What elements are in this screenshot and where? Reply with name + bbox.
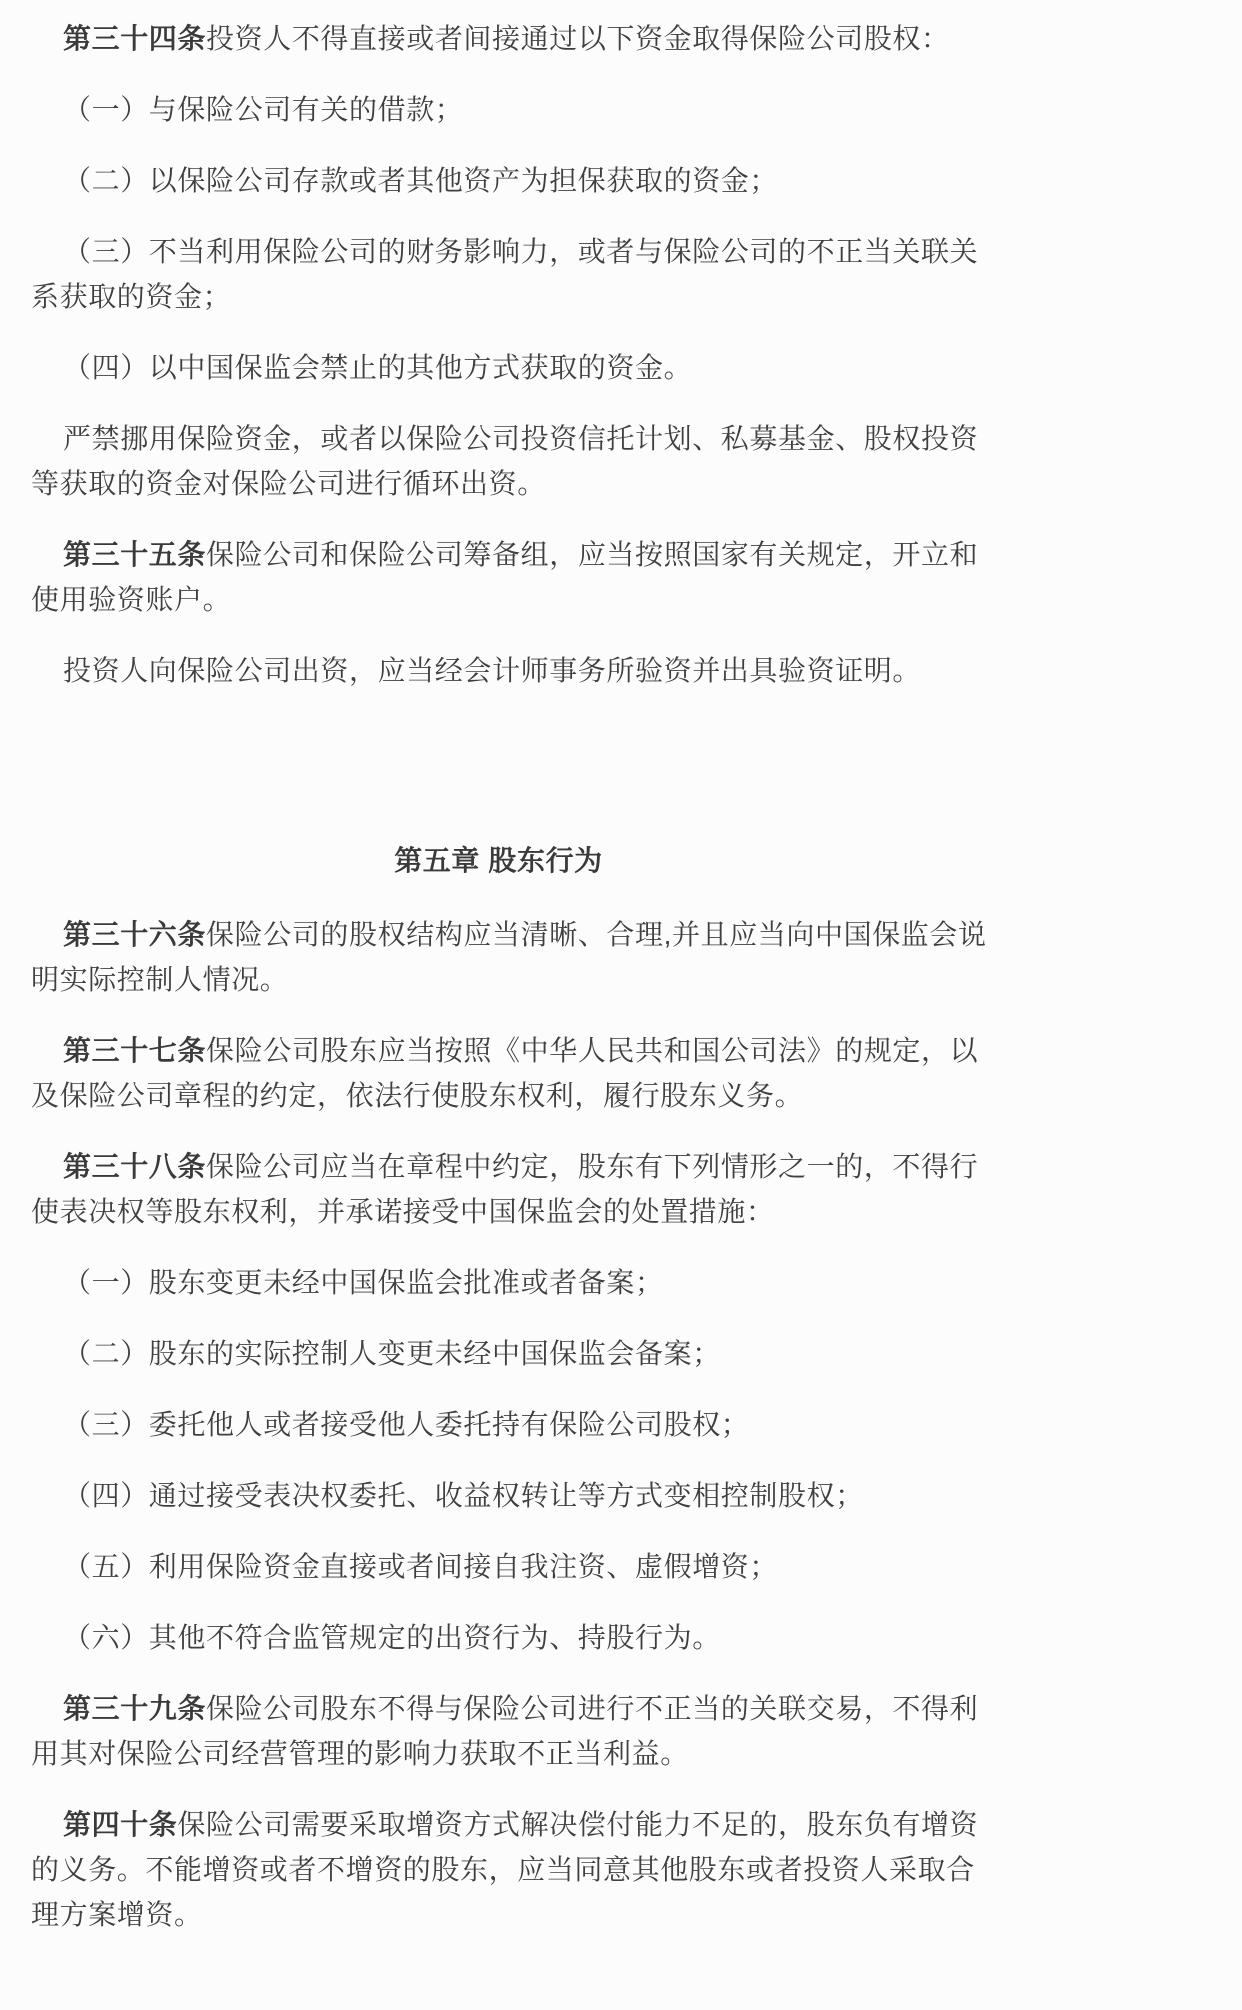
paragraph: 第四十条保险公司需要采取增资方式解决偿付能力不足的，股东负有增资的义务。不能增资… xyxy=(31,1802,1000,1937)
paragraph: （二）股东的实际控制人变更未经中国保监会备案； xyxy=(31,1331,1000,1376)
text-line: （四）通过接受表决权委托、收益权转让等方式变相控制股权； xyxy=(31,1473,1000,1518)
text-line: （二）以保险公司存款或者其他资产为担保获取的资金； xyxy=(31,158,1000,203)
article-number-bold: 第三十五条 xyxy=(63,539,206,570)
text-line: 使用验资账户。 xyxy=(31,577,1000,622)
article-number-bold: 第三十九条 xyxy=(63,1693,206,1724)
paragraph: 第三十六条保险公司的股权结构应当清晰、合理,并且应当向中国保监会说明实际控制人情… xyxy=(31,912,1000,1002)
paragraph: （六）其他不符合监管规定的出资行为、持股行为。 xyxy=(31,1615,1000,1660)
document-page: 第三十四条投资人不得直接或者间接通过以下资金取得保险公司股权：（一）与保险公司有… xyxy=(0,16,1000,2003)
text-line: 及保险公司章程的约定，依法行使股东权利，履行股东义务。 xyxy=(31,1073,1000,1118)
article-number-bold: 第四十条 xyxy=(63,1809,177,1840)
paragraph: 第三十八条保险公司应当在章程中约定，股东有下列情形之一的，不得行使表决权等股东权… xyxy=(31,1144,1000,1234)
text-line: 等获取的资金对保险公司进行循环出资。 xyxy=(31,461,1000,506)
text-line: （一）与保险公司有关的借款； xyxy=(31,87,1000,132)
paragraph: 第三十四条投资人不得直接或者间接通过以下资金取得保险公司股权： xyxy=(31,16,1000,61)
text-line: 第三十六条保险公司的股权结构应当清晰、合理,并且应当向中国保监会说 xyxy=(31,912,1000,957)
paragraph: （一）股东变更未经中国保监会批准或者备案； xyxy=(31,1260,1000,1305)
paragraph: （二）以保险公司存款或者其他资产为担保获取的资金； xyxy=(31,158,1000,203)
text-line: （三）委托他人或者接受他人委托持有保险公司股权； xyxy=(31,1402,1000,1447)
article-number-bold: 第三十六条 xyxy=(63,919,206,950)
paragraph: （五）利用保险资金直接或者间接自我注资、虚假增资； xyxy=(31,1544,1000,1589)
paragraph: 第三十九条保险公司股东不得与保险公司进行不正当的关联交易，不得利用其对保险公司经… xyxy=(31,1686,1000,1776)
text-line: 第三十九条保险公司股东不得与保险公司进行不正当的关联交易，不得利 xyxy=(31,1686,1000,1731)
paragraph: （三）不当利用保险公司的财务影响力，或者与保险公司的不正当关联关系获取的资金； xyxy=(31,229,1000,319)
paragraph: 严禁挪用保险资金，或者以保险公司投资信托计划、私募基金、股权投资等获取的资金对保… xyxy=(31,416,1000,506)
text-line: （五）利用保险资金直接或者间接自我注资、虚假增资； xyxy=(31,1544,1000,1589)
text-line: 理方案增资。 xyxy=(31,1892,1000,1937)
text-line: 的义务。不能增资或者不增资的股东，应当同意其他股东或者投资人采取合 xyxy=(31,1847,1000,1892)
text-line: 投资人向保险公司出资，应当经会计师事务所验资并出具验资证明。 xyxy=(31,648,1000,693)
text-line: 用其对保险公司经营管理的影响力获取不正当利益。 xyxy=(31,1731,1000,1776)
text-line: （六）其他不符合监管规定的出资行为、持股行为。 xyxy=(31,1615,1000,1660)
text-line: （三）不当利用保险公司的财务影响力，或者与保险公司的不正当关联关 xyxy=(31,229,1000,274)
text-line: （一）股东变更未经中国保监会批准或者备案； xyxy=(31,1260,1000,1305)
text-line: 严禁挪用保险资金，或者以保险公司投资信托计划、私募基金、股权投资 xyxy=(31,416,1000,461)
text-line: 使表决权等股东权利，并承诺接受中国保监会的处置措施： xyxy=(31,1189,1000,1234)
text-line: 第三十七条保险公司股东应当按照《中华人民共和国公司法》的规定，以 xyxy=(31,1028,1000,1073)
text-line: （二）股东的实际控制人变更未经中国保监会备案； xyxy=(31,1331,1000,1376)
paragraph: 第三十七条保险公司股东应当按照《中华人民共和国公司法》的规定，以及保险公司章程的… xyxy=(31,1028,1000,1118)
article-number-bold: 第三十八条 xyxy=(63,1151,206,1182)
paragraph: （三）委托他人或者接受他人委托持有保险公司股权； xyxy=(31,1402,1000,1447)
text-line: 第三十五条保险公司和保险公司筹备组，应当按照国家有关规定，开立和 xyxy=(31,532,1000,577)
article-number-bold: 第三十四条 xyxy=(63,23,206,54)
paragraph: （一）与保险公司有关的借款； xyxy=(31,87,1000,132)
chapter-heading: 第五章 股东行为 xyxy=(31,838,966,883)
document-screenshot: { "page": { "background_color": "#fcfcfc… xyxy=(0,0,1242,2010)
paragraph: 投资人向保险公司出资，应当经会计师事务所验资并出具验资证明。 xyxy=(31,648,1000,693)
text-line: 第三十八条保险公司应当在章程中约定，股东有下列情形之一的，不得行 xyxy=(31,1144,1000,1189)
text-line: 第三十四条投资人不得直接或者间接通过以下资金取得保险公司股权： xyxy=(31,16,1000,61)
paragraph: 第三十五条保险公司和保险公司筹备组，应当按照国家有关规定，开立和使用验资账户。 xyxy=(31,532,1000,622)
text-line: 系获取的资金； xyxy=(31,274,1000,319)
text-line: （四）以中国保监会禁止的其他方式获取的资金。 xyxy=(31,345,1000,390)
text-line: 明实际控制人情况。 xyxy=(31,957,1000,1002)
paragraph: （四）以中国保监会禁止的其他方式获取的资金。 xyxy=(31,345,1000,390)
article-number-bold: 第三十七条 xyxy=(63,1035,206,1066)
paragraph: （四）通过接受表决权委托、收益权转让等方式变相控制股权； xyxy=(31,1473,1000,1518)
text-line: 第四十条保险公司需要采取增资方式解决偿付能力不足的，股东负有增资 xyxy=(31,1802,1000,1847)
